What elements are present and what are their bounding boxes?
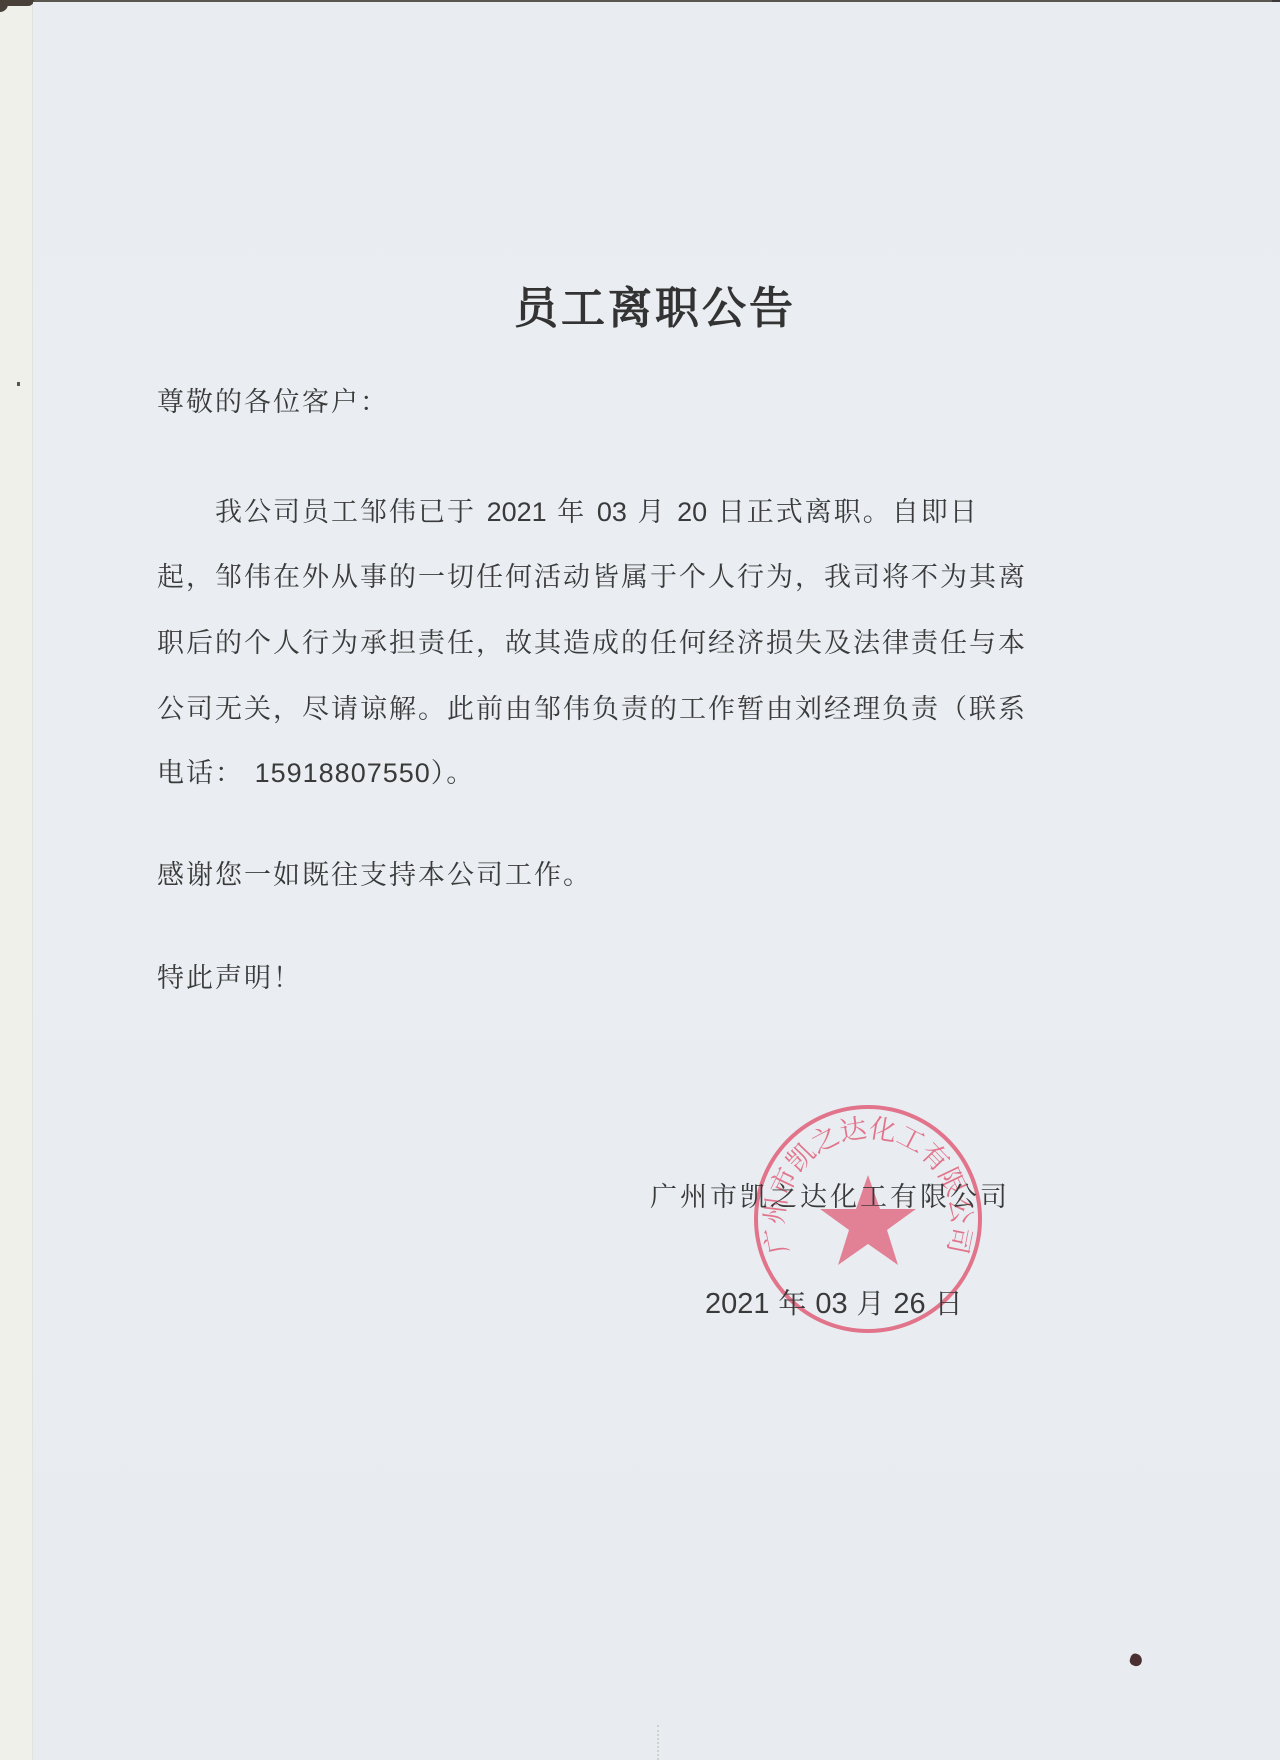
body-line-5-suffix: ）。 (431, 758, 476, 789)
sign-year-label: 年 (770, 1287, 816, 1320)
sign-month-label: 月 (848, 1287, 894, 1320)
thanks-line: 感谢您一如既往支持本公司工作。 (157, 859, 592, 893)
scan-left-margin (0, 0, 33, 1760)
resign-month: 03 (597, 497, 627, 527)
document-title: 员工离职公告 (0, 272, 1280, 336)
salutation: 尊敬的各位客户： (157, 386, 389, 420)
body-line-4: 公司无关，尽请谅解。此前由邹伟负责的工作暂由刘经理负责（联系 (157, 693, 1027, 727)
paper-tear-mark (657, 1725, 677, 1760)
sign-year: 2021 (705, 1288, 770, 1320)
resign-year: 2021 (487, 497, 547, 527)
sign-day: 26 (893, 1288, 925, 1320)
sign-month: 03 (815, 1288, 847, 1320)
signature-date: 2021 年 03 月 26 日 (705, 1282, 963, 1322)
month-label: 月 (627, 497, 677, 528)
signature-company: 广州市凯之达化工有限公司 (650, 1175, 1010, 1214)
body-line-1-suffix: 日正式离职。自即日 (707, 497, 979, 528)
body-line-3: 职后的个人行为承担责任，故其造成的任何经济损失及法律责任与本 (157, 627, 1027, 661)
scan-dust-mark (17, 382, 20, 386)
declaration-line: 特此声明！ (157, 962, 302, 996)
body-line-2: 起，邹伟在外从事的一切任何活动皆属于个人行为，我司将不为其离 (157, 561, 1027, 595)
phone-label: 电话： (157, 758, 255, 789)
contact-phone: 15918807550 (255, 758, 431, 788)
body-line-1-prefix: 我公司员工邹伟已于 (215, 497, 487, 528)
body-line-1: 我公司员工邹伟已于 2021 年 03 月 20 日正式离职。自即日 (215, 495, 979, 530)
resign-day: 20 (677, 497, 707, 527)
body-line-5: 电话： 15918807550）。 (157, 756, 475, 791)
year-label: 年 (547, 497, 597, 528)
sign-day-label: 日 (926, 1287, 963, 1320)
